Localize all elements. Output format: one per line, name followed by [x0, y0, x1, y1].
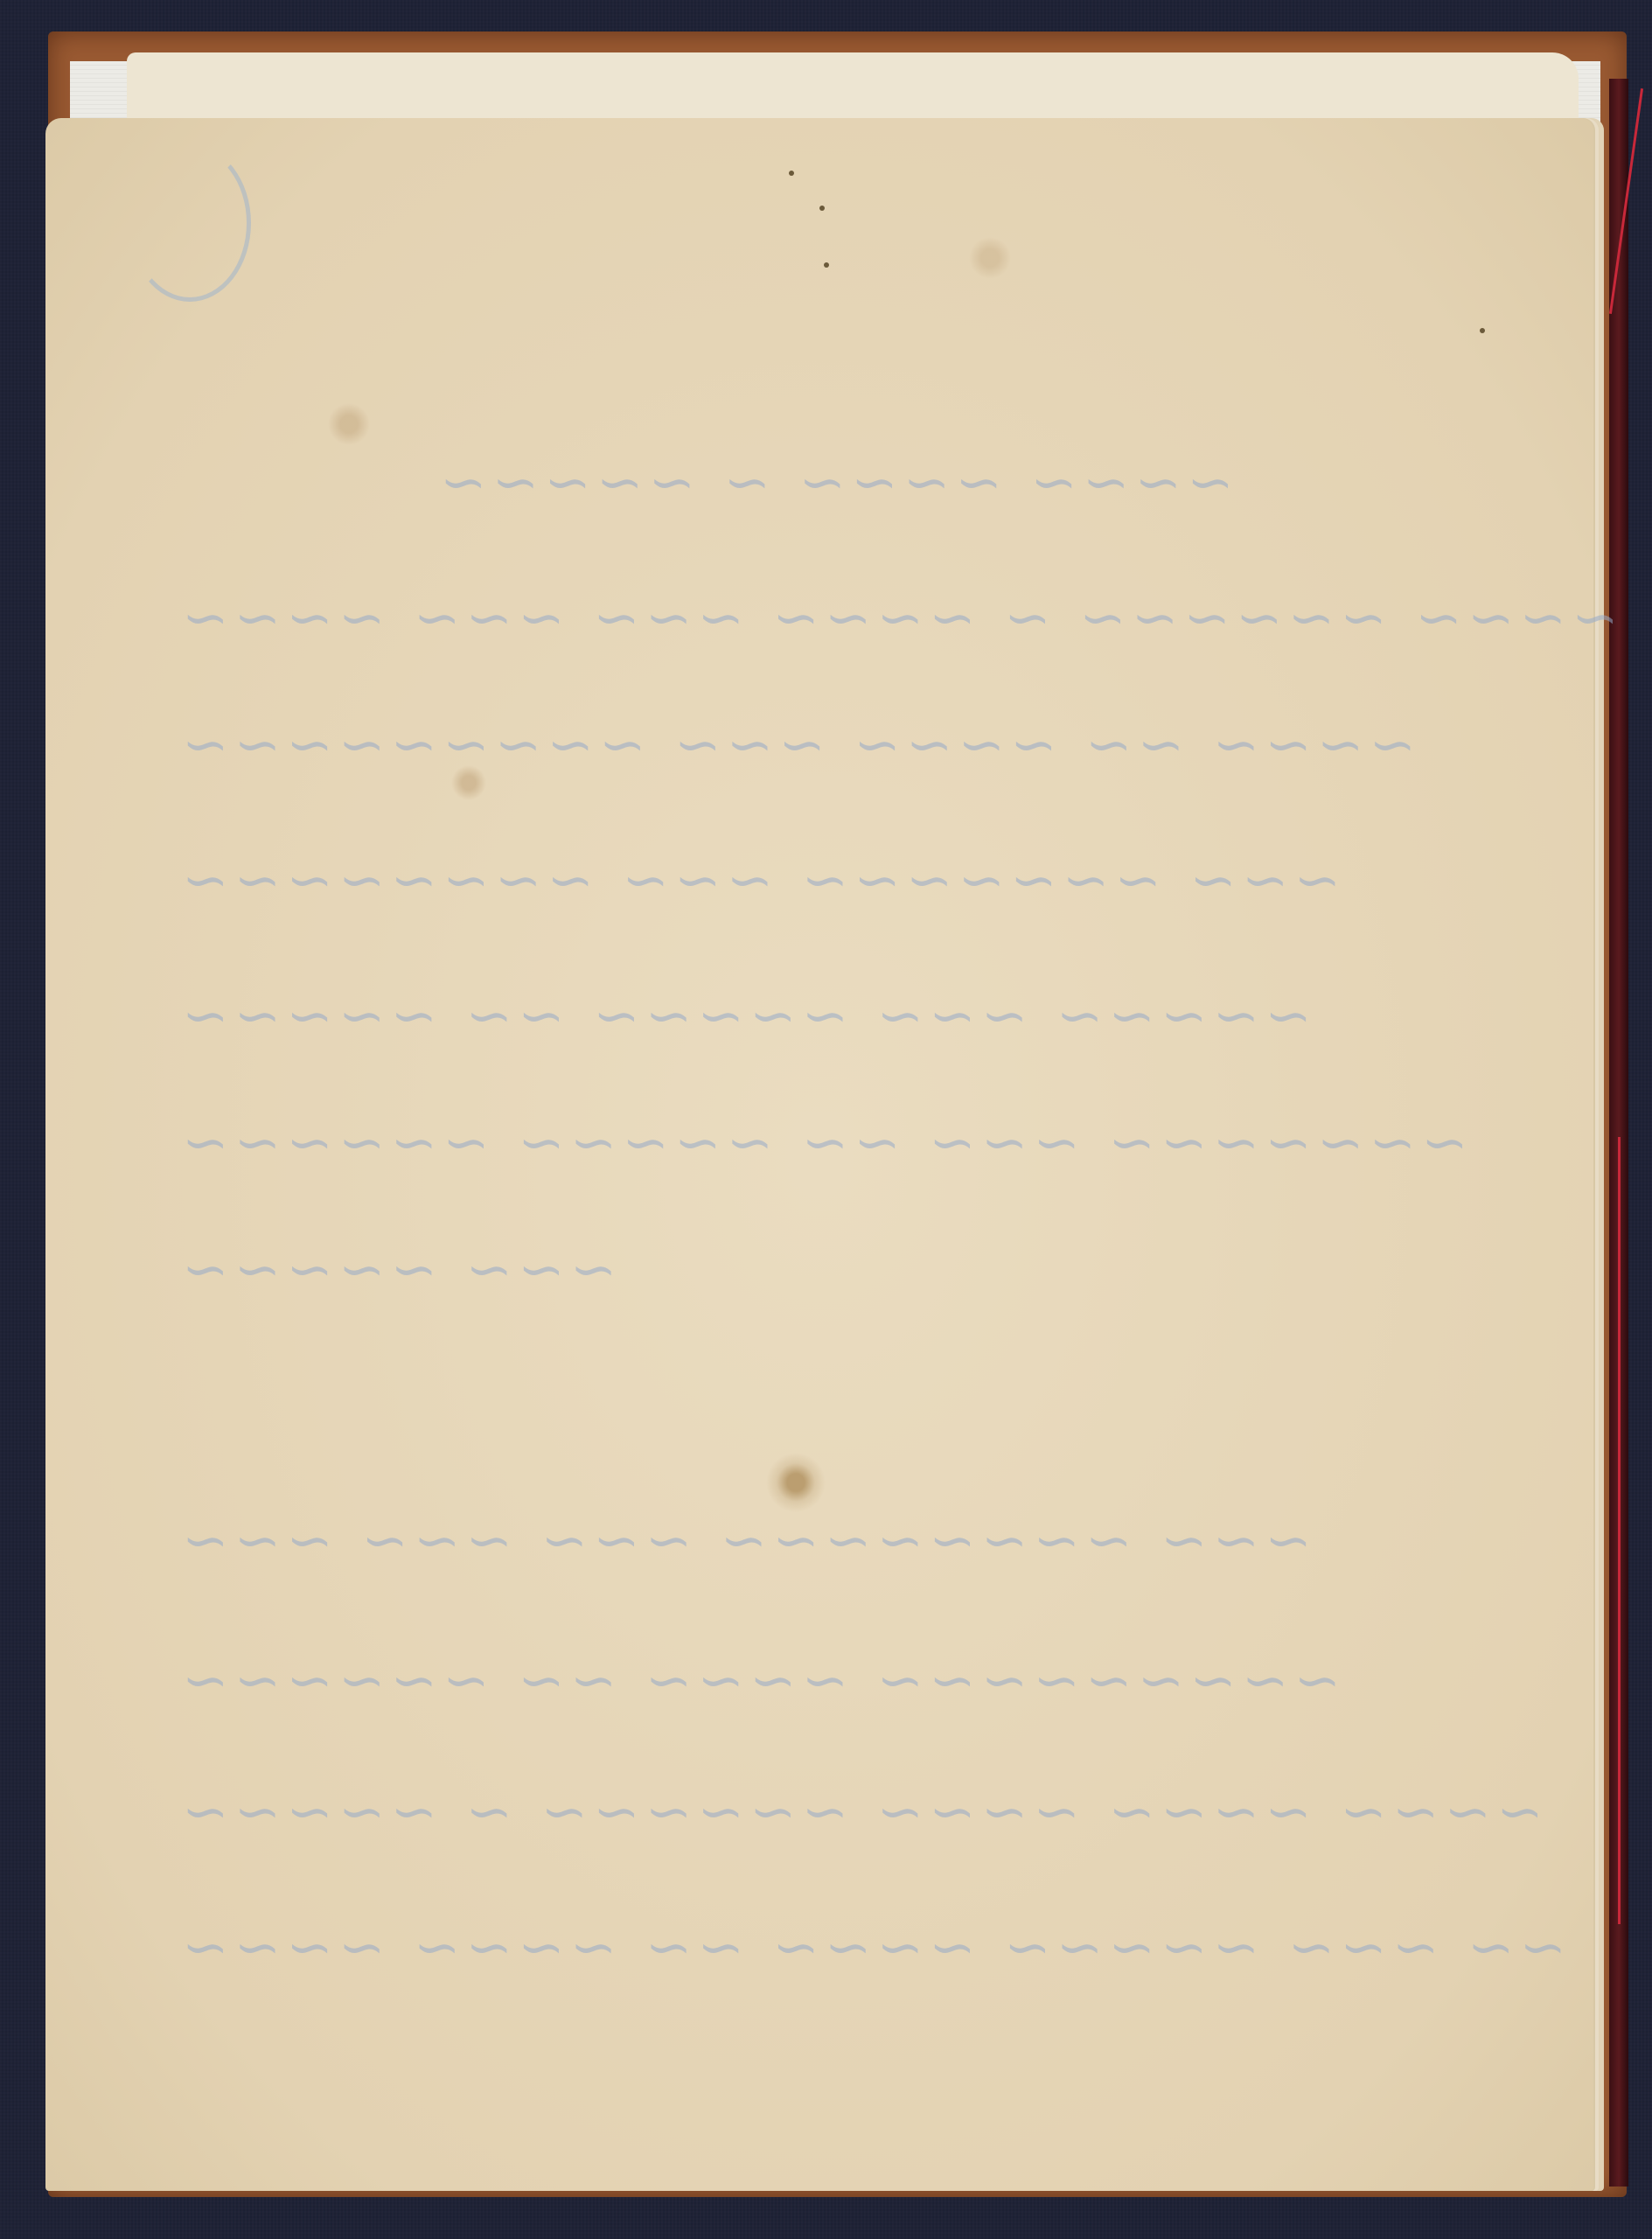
bleed-through-line: ~~~~ ~~ ~~~~ ~~~ ~~~~~~~~~ [177, 713, 1416, 778]
bleed-through-line: ~~~~ ~~~~~~ ~ ~~~~ ~~~ ~~~ ~~~~ [177, 586, 1619, 651]
foxing-speck [819, 206, 825, 211]
foxing-speck [789, 171, 794, 176]
bleed-through-line: ~~~~ ~~~~ ~ ~~~~~ [435, 450, 1234, 515]
foxing-speck [824, 262, 829, 268]
bleed-through-line: ~~ ~~~ ~~~~~ ~~~~ ~~ ~~~~ ~~~~ [177, 1915, 1566, 1980]
bleed-through-line: ~~~ ~~~~~~~ ~~~ ~~~~~~~~ [177, 848, 1341, 913]
bleed-through-line: ~~~~~~~~~ ~~~~ ~~ ~~~~~~ [177, 1649, 1341, 1713]
binding-thread [1618, 1137, 1621, 1924]
foxing-speck [1480, 328, 1485, 333]
corner-mark [129, 144, 251, 302]
bleed-through-line: ~~~ ~~~~~~~~ ~~~ ~~~ ~~~ [177, 1509, 1312, 1573]
manuscript-page: ~~~~ ~~~~ ~ ~~~~~ ~~~~ ~~~~~~ ~ ~~~~ ~~~… [45, 118, 1593, 2191]
bleed-through-line: ~~~~~~~ ~~~ ~~ ~~~~~ ~~~~~~ [177, 1111, 1468, 1175]
bleed-through-line: ~~~ ~~~~~ [177, 1238, 617, 1302]
bleed-through-line: ~~~~ ~~~~ ~~~~ ~~~~~~ ~ ~~~~~ [177, 1780, 1544, 1845]
bleed-through-line: ~~~~~ ~~~ ~~~~~ ~~ ~~~~~ [177, 984, 1312, 1049]
